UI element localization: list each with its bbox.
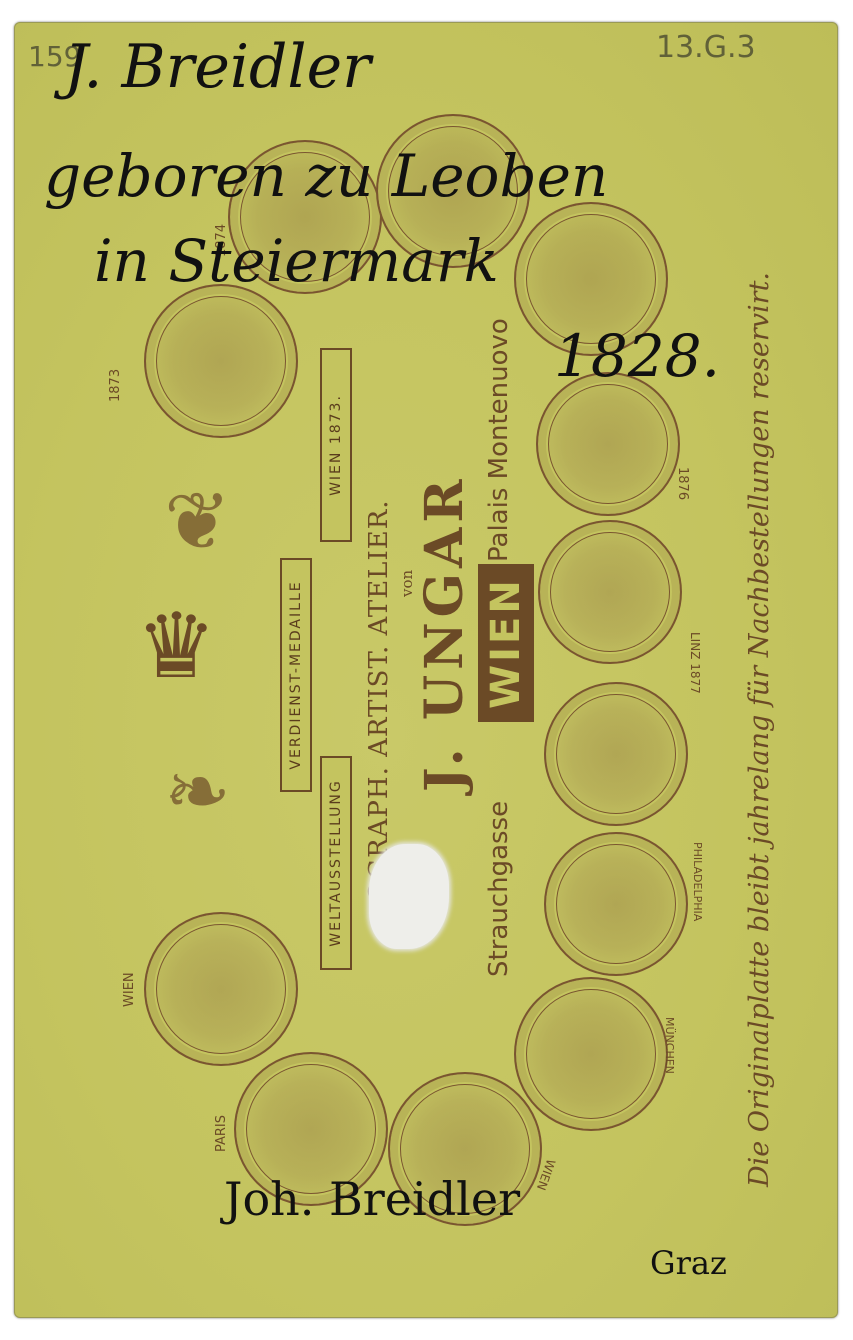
medal-ribbon-wien-left: WIEN bbox=[122, 972, 137, 1007]
griffin-icon: ❧ bbox=[164, 752, 231, 832]
ribbon-weltausstellung: WELTAUSSTELLUNG bbox=[320, 756, 352, 970]
medal-ribbon-linz: LINZ 1877 bbox=[688, 632, 702, 694]
handwritten-region-line: in Steiermark bbox=[94, 227, 499, 295]
studio-name: J. UNGAR bbox=[414, 474, 475, 792]
medal-coat-of-arms bbox=[544, 682, 688, 826]
handwritten-name: J. Breidler bbox=[64, 32, 371, 102]
medal-ribbon-1873: 1873 bbox=[108, 369, 123, 402]
paper-damage-spot bbox=[369, 844, 449, 949]
handwritten-year: 1828. bbox=[554, 322, 720, 390]
signature-place: Graz bbox=[650, 1244, 727, 1282]
griffin-icon: ❦ bbox=[164, 482, 231, 562]
medal-philadelphia-1876 bbox=[536, 372, 680, 516]
medal-ribbon-muenchen: MÜNCHEN bbox=[663, 1017, 676, 1074]
medal-linz-1877 bbox=[538, 520, 682, 664]
handwritten-birth-line: geboren zu Leoben bbox=[44, 142, 608, 210]
medal-ribbon-paris: PARIS bbox=[214, 1115, 229, 1152]
photo-card-back: 159 13.G.3 1873 1874 1876 LINZ 1877 PHIL… bbox=[14, 22, 838, 1318]
ribbon-verdienst-medaille: VERDIENST-MEDAILLE bbox=[280, 558, 312, 792]
city-badge: WIEN bbox=[478, 564, 534, 722]
medal-philadelphia bbox=[544, 832, 688, 976]
medal-muenchen bbox=[514, 977, 668, 1131]
studio-building: Palais Montenuovo bbox=[484, 318, 514, 562]
ribbon-wien-1873: WIEN 1873. bbox=[320, 348, 352, 542]
medal-wien-emperor bbox=[144, 912, 298, 1066]
catalog-number-right: 13.G.3 bbox=[656, 30, 756, 65]
medal-ribbon-1876: 1876 bbox=[675, 467, 690, 500]
reorder-notice: Die Originalplatte bleibt jahrelang für … bbox=[744, 272, 775, 1187]
studio-street: Strauchgasse bbox=[484, 801, 514, 977]
coat-of-arms-icon: ♛ bbox=[136, 602, 217, 692]
medal-ribbon-philadelphia: PHILADELPHIA bbox=[691, 842, 704, 921]
medal-wien-1873 bbox=[144, 284, 298, 438]
signature-name: Joh. Breidler bbox=[224, 1172, 520, 1226]
studio-title: OGRAPH. ARTIST. ATELIER. bbox=[364, 499, 394, 902]
